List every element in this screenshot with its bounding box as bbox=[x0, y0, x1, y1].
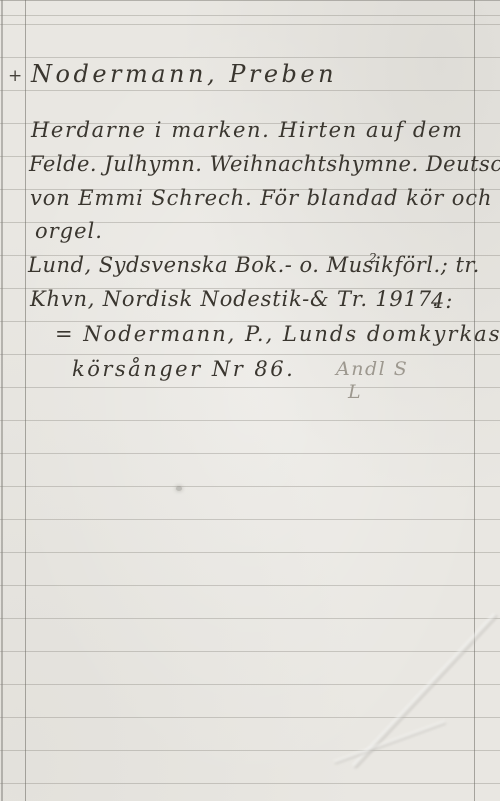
format-mark: 4: bbox=[431, 291, 453, 312]
catalog-card-scan: + Nodermann, Preben Herdarne i marken. H… bbox=[0, 0, 500, 801]
card-line-imprint-2: Khvn, Nordisk Nodestik-& Tr. 1917. bbox=[30, 289, 439, 310]
card-line-title-4: orgel. bbox=[35, 221, 103, 242]
paper-left-edge bbox=[1, 0, 3, 801]
left-margin-rule bbox=[25, 0, 26, 801]
card-line-reference-1: = Nodermann, P., Lunds domkyrkas bbox=[55, 324, 500, 345]
pencil-shelfmark-line-2: L bbox=[348, 383, 362, 402]
pencil-shelfmark-line-1: Andl S bbox=[336, 360, 408, 379]
right-margin-rule bbox=[474, 0, 475, 801]
paper-smudge bbox=[176, 486, 182, 491]
plus-margin-mark: + bbox=[8, 68, 22, 85]
card-line-title-3: von Emmi Schrech. För blandad kör och bbox=[30, 188, 492, 209]
author-heading: Nodermann, Preben bbox=[31, 62, 337, 86]
card-line-title-1: Herdarne i marken. Hirten auf dem bbox=[31, 120, 464, 141]
paper-top-edge bbox=[0, 0, 500, 1]
card-line-reference-2: körsånger Nr 86. bbox=[72, 359, 295, 380]
card-line-imprint-1: Lund, Sydsvenska Bok.- o. Musikförl.; tr… bbox=[28, 255, 480, 276]
card-line-title-2: Felde. Julhymn. Weihnachtshymne. Deutsch bbox=[29, 154, 500, 175]
superscript-note: 2 bbox=[369, 252, 377, 264]
